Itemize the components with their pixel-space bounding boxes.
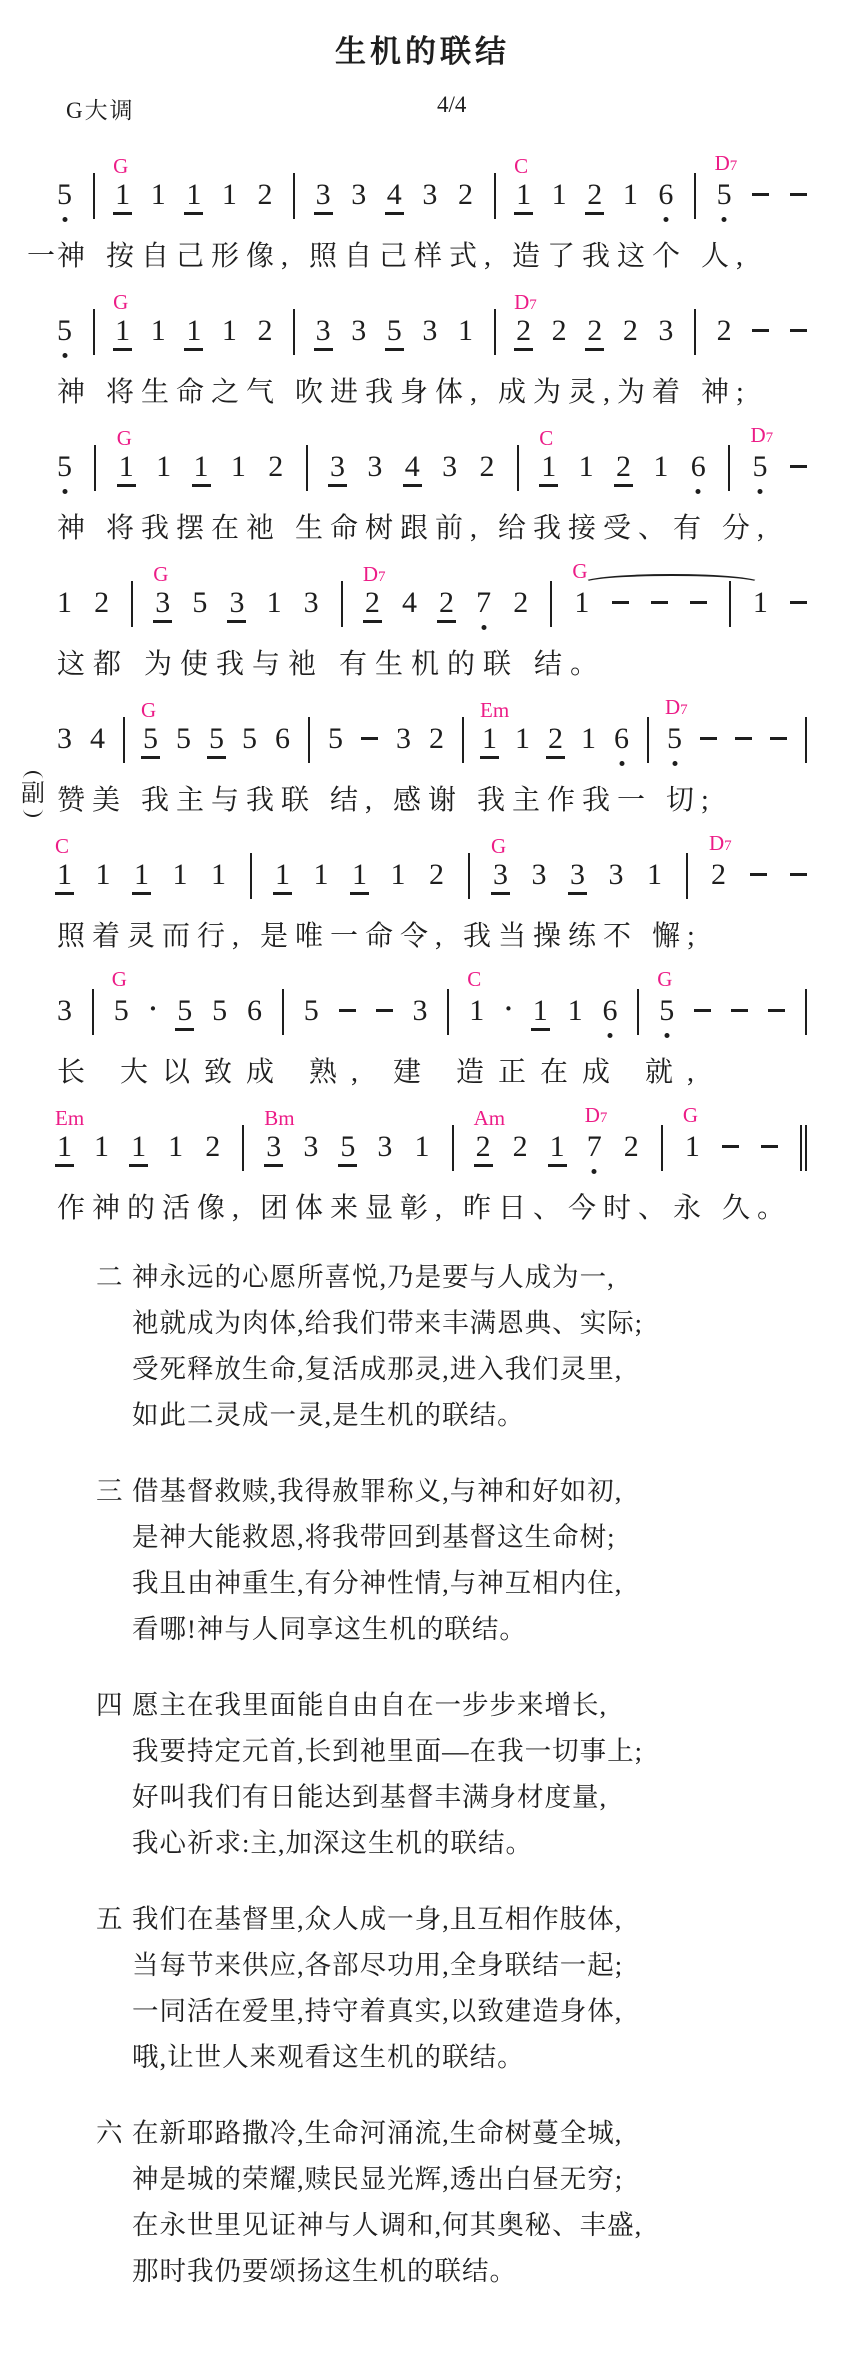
note-1: 1G [115, 314, 130, 351]
music-line: 51G1112334321C12165D7神 将我摆在祂 生命树跟前, 给我接受… [57, 420, 807, 556]
lyric-row: 副赞美 我主与我联 结, 感谢 我主作我一 切; [57, 782, 807, 820]
notation-row: 51G1112335312D722232 [57, 314, 807, 364]
barline [94, 445, 96, 491]
note-1: 1 [653, 450, 668, 484]
duration-dash [790, 465, 807, 468]
barline [694, 173, 696, 219]
note-2: 2D7 [516, 314, 531, 351]
music-line: 51G1112334321C12165D7一神 按自己形像, 照自己样式, 造了… [57, 148, 807, 284]
duration-dash [361, 737, 378, 740]
notation-row: 35G·556531C·1165G [57, 994, 807, 1044]
note-2: 2 [429, 722, 444, 756]
note-5: 5 [209, 722, 224, 759]
note-3: 3Bm [266, 1130, 281, 1167]
verse-line: 在永世里见证神与人调和,何其奥秘、丰盛, [132, 2202, 642, 2248]
note-1: 1G [685, 1130, 700, 1164]
lyric-text: 神 将生命之气 吹进我身体, 成为灵,为着 神; [57, 377, 751, 408]
duration-dash [376, 1009, 393, 1012]
verse: 四愿主在我里面能自由自在一步步来增长,我要持定元首,长到祂里面—在我一切事上;好… [96, 1682, 845, 1866]
time-signature: 4/4 [437, 92, 466, 118]
note-6: 6 [247, 994, 262, 1028]
note-3: 3 [367, 450, 382, 484]
note-1: 1 [267, 586, 282, 620]
barline [468, 853, 470, 899]
note-3: 3 [304, 586, 319, 620]
note-1: 1 [94, 1130, 109, 1164]
note-3: 3G [493, 858, 508, 895]
verse-line: 看哪!神与人同享这生机的联结。 [132, 1606, 622, 1652]
verse-line: 我且由神重生,有分神性情,与神互相内住, [132, 1560, 622, 1606]
music-line: 1Em11123Bm35312Am217D721G作神的活像, 团体来显彰, 昨… [57, 1100, 807, 1236]
verse-line: 神是城的荣耀,赎民显光辉,透出白昼无穷; [132, 2156, 642, 2202]
note-1: 1G [119, 450, 134, 487]
note-5: 5G [114, 994, 129, 1028]
music-section: 51G1112334321C12165D7一神 按自己形像, 照自己样式, 造了… [57, 148, 807, 1236]
barline [93, 309, 95, 355]
note-3: 3 [351, 314, 366, 348]
note-4: 4 [90, 722, 105, 756]
note-3: 3 [422, 314, 437, 348]
note-3: 3 [609, 858, 624, 892]
lyric-row: 长 大以致成 熟, 建 造正在成 就, [57, 1054, 807, 1092]
duration-dash [651, 601, 668, 604]
bracket-arc-top-icon [23, 771, 43, 779]
barline [517, 445, 519, 491]
note-1: 1 [222, 178, 237, 212]
note-3: 3 [316, 178, 331, 215]
barline [131, 581, 133, 627]
verse: 六在新耶路撒冷,生命河涌流,生命树蔓全城,神是城的荣耀,赎民显光辉,透出白昼无穷… [96, 2110, 845, 2294]
music-line: 123G53132D742721G1这都 为使我与祂 有生机的联 结。 [57, 556, 807, 692]
note-1: 1 [623, 178, 638, 212]
note-1: 1 [222, 314, 237, 348]
chord-label: G [657, 969, 672, 990]
music-line: 51G1112335312D722232神 将生命之气 吹进我身体, 成为灵,为… [57, 284, 807, 420]
duration-dash [770, 737, 787, 740]
note-3: 3 [351, 178, 366, 212]
note-5: 5 [176, 722, 191, 756]
note-4: 4 [402, 586, 417, 620]
duration-dash [761, 1145, 778, 1148]
bracket-arc-bottom-icon [23, 809, 43, 817]
duration-dash [700, 737, 717, 740]
note-4: 4 [387, 178, 402, 215]
chord-label: D7 [709, 833, 732, 854]
note-3: 3 [442, 450, 457, 484]
note-6: 6 [602, 994, 617, 1028]
note-2: 2D7 [711, 858, 726, 892]
barline [805, 989, 807, 1035]
note-3: 3 [57, 994, 72, 1028]
note-1: 1G [574, 586, 589, 620]
note-1: 1 [194, 450, 209, 487]
chord-label: G [141, 700, 156, 721]
barline [293, 173, 295, 219]
note-3: 3G [155, 586, 170, 623]
barline [550, 581, 552, 627]
verse-line: 在新耶路撒冷,生命河涌流,生命树蔓全城, [132, 2110, 642, 2156]
duration-dash [752, 193, 769, 196]
note-1: 1 [314, 858, 329, 892]
verse-line: 我心祈求:主,加深这生机的联结。 [132, 1820, 643, 1866]
chord-label: C [514, 156, 528, 177]
chord-label: D7 [363, 564, 386, 585]
note-3: 3 [658, 314, 673, 348]
note-5: 5 [340, 1130, 355, 1167]
barline [452, 1125, 454, 1171]
note-1: 1 [581, 722, 596, 756]
note-5: 5D7 [717, 178, 732, 212]
verse-line: 一同活在爱里,持守着真实,以致建造身体, [132, 1988, 623, 2034]
barline [92, 989, 94, 1035]
barline [686, 853, 688, 899]
note-1: 1 [211, 858, 226, 892]
verse-line: 那时我仍要颂扬这生机的联结。 [132, 2248, 642, 2294]
note-7: 7 [476, 586, 491, 620]
note-1: 1 [57, 586, 72, 620]
note-1: 1 [151, 178, 166, 212]
duration-dash [722, 1145, 739, 1148]
note-5: 5G [143, 722, 158, 759]
note-1: 1 [131, 1130, 146, 1167]
chord-label: G [153, 564, 168, 585]
verse-lines: 借基督救赎,我得赦罪称义,与神和好如初,是神大能救恩,将我带回到基督这生命树;我… [132, 1468, 622, 1652]
duration-dash [752, 329, 769, 332]
note-1: 1 [568, 994, 583, 1028]
note-5: 5 [57, 314, 72, 348]
note-5: 5 [192, 586, 207, 620]
verse-number: 六 [96, 2110, 132, 2294]
verse-lines: 神永远的心愿所喜悦,乃是要与人成为一,祂就成为肉体,给我们带来丰满恩典、实际;受… [132, 1254, 643, 1438]
duration-dash [768, 1009, 785, 1012]
lyric-text: 赞美 我主与我联 结, 感谢 我主作我一 切; [57, 785, 716, 816]
chord-label: C [539, 428, 553, 449]
sheet-header: G大调 4/4 [0, 92, 845, 126]
verse-lines: 愿主在我里面能自由自在一步步来增长,我要持定元首,长到祂里面—在我一切事上;好叫… [132, 1682, 643, 1866]
note-1: 1 [186, 314, 201, 351]
note-1: 1 [579, 450, 594, 484]
music-line: 345G55565321Em12165D7副赞美 我主与我联 结, 感谢 我主作… [57, 692, 807, 828]
note-2: 2 [548, 722, 563, 759]
barline [250, 853, 252, 899]
note-1: 1 [231, 450, 246, 484]
lyric-text: 长 大以致成 熟, 建 造正在成 就, [57, 1057, 708, 1088]
note-5: 5 [57, 178, 72, 212]
notation-row: 1Em11123Bm35312Am217D721G [57, 1130, 807, 1180]
note-3: 3 [303, 1130, 318, 1164]
note-1: 1 [753, 586, 768, 620]
verse: 五我们在基督里,众人成一身,且互相作肢体,当每节来供应,各部尽功用,全身联结一起… [96, 1896, 845, 2080]
note-5: 5 [328, 722, 343, 756]
note-3: 3 [229, 586, 244, 623]
note-1: 1C [469, 994, 484, 1028]
barline [282, 989, 284, 1035]
song-sheet: 生机的联结 G大调 4/4 51G1112334321C12165D7一神 按自… [0, 0, 845, 2358]
final-double-barline [800, 1125, 807, 1171]
lyric-text: 作神的活像, 团体来显彰, 昨日、今时、永 久。 [57, 1193, 792, 1224]
note-6: 6 [691, 450, 706, 484]
chord-label: G [113, 156, 128, 177]
notation-row: 1C1111111123G33312D7 [57, 858, 807, 908]
duration-dash [694, 1009, 711, 1012]
note-1: 1 [186, 178, 201, 215]
barline [647, 717, 649, 763]
tie-arc [582, 574, 761, 592]
note-1: 1 [550, 1130, 565, 1167]
note-1: 1G [115, 178, 130, 215]
barline [728, 445, 730, 491]
note-1: 1C [516, 178, 531, 215]
duration-dash [750, 873, 767, 876]
lyric-text: 神 将我摆在祂 生命树跟前, 给我接受、有 分, [57, 513, 771, 544]
duration-dash [339, 1009, 356, 1012]
duration-dash [690, 601, 707, 604]
lyric-row: 照着灵而行, 是唯一命令, 我当操练不 懈; [57, 918, 807, 956]
note-3: 3 [316, 314, 331, 351]
barline [805, 717, 807, 763]
verses-section: 二神永远的心愿所喜悦,乃是要与人成为一,祂就成为肉体,给我们带来丰满恩典、实际;… [96, 1254, 845, 2294]
verse-number: 二 [96, 1254, 132, 1438]
verse-line: 借基督救赎,我得赦罪称义,与神和好如初, [132, 1468, 622, 1514]
note-1: 1 [173, 858, 188, 892]
note-7: 7D7 [587, 1130, 602, 1164]
note-6: 6 [658, 178, 673, 212]
barline [306, 445, 308, 491]
note-2: 2 [616, 450, 631, 487]
chorus-marker: 副 [21, 771, 45, 817]
lyric-text: 这都 为使我与祂 有生机的联 结。 [57, 649, 606, 680]
verse-line: 愿主在我里面能自由自在一步步来增长, [132, 1682, 643, 1728]
chord-label: D7 [514, 292, 537, 313]
chord-label: Em [480, 700, 509, 721]
note-1: 1 [391, 858, 406, 892]
note-2: 2 [205, 1130, 220, 1164]
lyric-row: 神 将我摆在祂 生命树跟前, 给我接受、有 分, [57, 510, 807, 548]
chord-label: Am [474, 1108, 506, 1129]
note-5: 5 [177, 994, 192, 1031]
note-3: 3 [377, 1130, 392, 1164]
duration-dash [612, 601, 629, 604]
note-2: 2 [624, 1130, 639, 1164]
note-2: 2 [439, 586, 454, 623]
duration-dash [790, 601, 807, 604]
barline [694, 309, 696, 355]
note-1: 1 [275, 858, 290, 895]
chord-label: Em [55, 1108, 84, 1129]
notation-row: 123G53132D742721G1 [57, 586, 807, 636]
note-1: 1C [541, 450, 556, 487]
chord-label: D7 [585, 1105, 608, 1126]
page-title: 生机的联结 [0, 0, 845, 68]
note-2: 2 [458, 178, 473, 212]
note-3: 3 [422, 178, 437, 212]
note-1: 1 [156, 450, 171, 484]
lyric-text: 神 按自己形像, 照自己样式, 造了我这个 人, [57, 241, 750, 272]
note-3: 3 [396, 722, 411, 756]
verse: 三借基督救赎,我得赦罪称义,与神和好如初,是神大能救恩,将我带回到基督这生命树;… [96, 1468, 845, 1652]
verse-line: 好叫我们有日能达到基督丰满身材度量, [132, 1774, 643, 1820]
note-5: 5 [387, 314, 402, 351]
note-6: 6 [275, 722, 290, 756]
verse: 二神永远的心愿所喜悦,乃是要与人成为一,祂就成为肉体,给我们带来丰满恩典、实际;… [96, 1254, 845, 1438]
verse-line: 我要持定元首,长到祂里面—在我一切事上; [132, 1728, 643, 1774]
duration-dash [790, 193, 807, 196]
note-2: 2 [429, 858, 444, 892]
note-2: 2 [480, 450, 495, 484]
lyric-row: 这都 为使我与祂 有生机的联 结。 [57, 646, 807, 684]
chord-label: G [113, 292, 128, 313]
verse-line: 我们在基督里,众人成一身,且互相作肢体, [132, 1896, 623, 1942]
note-2: 2 [587, 178, 602, 215]
chord-label: G [572, 561, 587, 582]
chord-label: D7 [665, 697, 688, 718]
verse-number: 四 [96, 1682, 132, 1866]
note-5: 5 [212, 994, 227, 1028]
stanza-number: 一 [27, 238, 55, 276]
note-1: 1 [414, 1130, 429, 1164]
verse-line: 如此二灵成一灵,是生机的联结。 [132, 1392, 643, 1438]
note-3: 3 [57, 722, 72, 756]
lyric-row: 一神 按自己形像, 照自己样式, 造了我这个 人, [57, 238, 807, 276]
augmentation-dot: · [504, 994, 513, 1024]
note-3: 3 [412, 994, 427, 1028]
barline [93, 173, 95, 219]
note-1: 1 [533, 994, 548, 1031]
note-2: 2 [513, 1130, 528, 1164]
barline [308, 717, 310, 763]
note-3: 3 [532, 858, 547, 892]
music-line: 35G·556531C·1165G长 大以致成 熟, 建 造正在成 就, [57, 964, 807, 1100]
verse-line: 哦,让世人来观看这生机的联结。 [132, 2034, 623, 2080]
chord-label: Bm [264, 1108, 294, 1129]
chord-label: G [491, 836, 506, 857]
note-1: 1 [352, 858, 367, 895]
verse-line: 受死释放生命,复活成那灵,进入我们灵里, [132, 1346, 643, 1392]
barline [637, 989, 639, 1035]
note-2: 2D7 [365, 586, 380, 623]
duration-dash [790, 329, 807, 332]
note-2: 2 [587, 314, 602, 351]
note-6: 6 [614, 722, 629, 756]
note-4: 4 [405, 450, 420, 487]
barline [661, 1125, 663, 1171]
barline [462, 717, 464, 763]
note-1: 1 [647, 858, 662, 892]
note-2: 2 [257, 314, 272, 348]
note-1: 1Em [57, 1130, 72, 1167]
note-1: 1 [552, 178, 567, 212]
verse-line: 祂就成为肉体,给我们带来丰满恩典、实际; [132, 1300, 643, 1346]
key-signature-label: G大调 [66, 92, 135, 125]
note-3: 3 [330, 450, 345, 487]
note-5: 5 [242, 722, 257, 756]
note-5: 5G [659, 994, 674, 1028]
note-1: 1 [96, 858, 111, 892]
duration-dash [790, 873, 807, 876]
note-2: 2 [268, 450, 283, 484]
note-1: 1 [134, 858, 149, 895]
note-1: 1 [168, 1130, 183, 1164]
barline [447, 989, 449, 1035]
chord-label: G [683, 1105, 698, 1126]
note-2: 2 [717, 314, 732, 348]
note-5: 5 [304, 994, 319, 1028]
note-2: 2Am [476, 1130, 491, 1167]
barline [242, 1125, 244, 1171]
chord-label: C [55, 836, 69, 857]
verse-line: 当每节来供应,各部尽功用,全身联结一起; [132, 1942, 623, 1988]
note-2: 2 [513, 586, 528, 620]
note-3: 3 [570, 858, 585, 895]
verse-lines: 我们在基督里,众人成一身,且互相作肢体,当每节来供应,各部尽功用,全身联结一起;… [132, 1896, 623, 2080]
note-5: 5D7 [667, 722, 682, 756]
chord-label: D7 [751, 425, 774, 446]
verse-number: 五 [96, 1896, 132, 2080]
note-2: 2 [552, 314, 567, 348]
verse-line: 神永远的心愿所喜悦,乃是要与人成为一, [132, 1254, 643, 1300]
note-2: 2 [94, 586, 109, 620]
lyric-text: 照着灵而行, 是唯一命令, 我当操练不 懈; [57, 921, 702, 952]
lyric-row: 神 将生命之气 吹进我身体, 成为灵,为着 神; [57, 374, 807, 412]
notation-row: 51G1112334321C12165D7 [57, 450, 807, 500]
notation-row: 51G1112334321C12165D7 [57, 178, 807, 228]
barline [293, 309, 295, 355]
verse-line: 是神大能救恩,将我带回到基督这生命树; [132, 1514, 622, 1560]
barline [123, 717, 125, 763]
notation-row: 345G55565321Em12165D7 [57, 722, 807, 772]
note-1: 1Em [482, 722, 497, 759]
note-1: 1 [458, 314, 473, 348]
chord-label: G [112, 969, 127, 990]
note-2: 2 [623, 314, 638, 348]
note-5: 5D7 [753, 450, 768, 484]
chord-label: D7 [715, 153, 738, 174]
barline [494, 309, 496, 355]
chord-label: G [117, 428, 132, 449]
augmentation-dot: · [149, 994, 158, 1024]
note-1: 1C [57, 858, 72, 895]
note-1: 1 [515, 722, 530, 756]
verse-number: 三 [96, 1468, 132, 1652]
music-line: 1C1111111123G33312D7照着灵而行, 是唯一命令, 我当操练不 … [57, 828, 807, 964]
verse-lines: 在新耶路撒冷,生命河涌流,生命树蔓全城,神是城的荣耀,赎民显光辉,透出白昼无穷;… [132, 2110, 642, 2294]
duration-dash [735, 737, 752, 740]
note-5: 5 [57, 450, 72, 484]
chord-label: C [467, 969, 481, 990]
note-2: 2 [257, 178, 272, 212]
lyric-row: 作神的活像, 团体来显彰, 昨日、今时、永 久。 [57, 1190, 807, 1228]
duration-dash [731, 1009, 748, 1012]
barline [494, 173, 496, 219]
note-1: 1 [151, 314, 166, 348]
barline [341, 581, 343, 627]
